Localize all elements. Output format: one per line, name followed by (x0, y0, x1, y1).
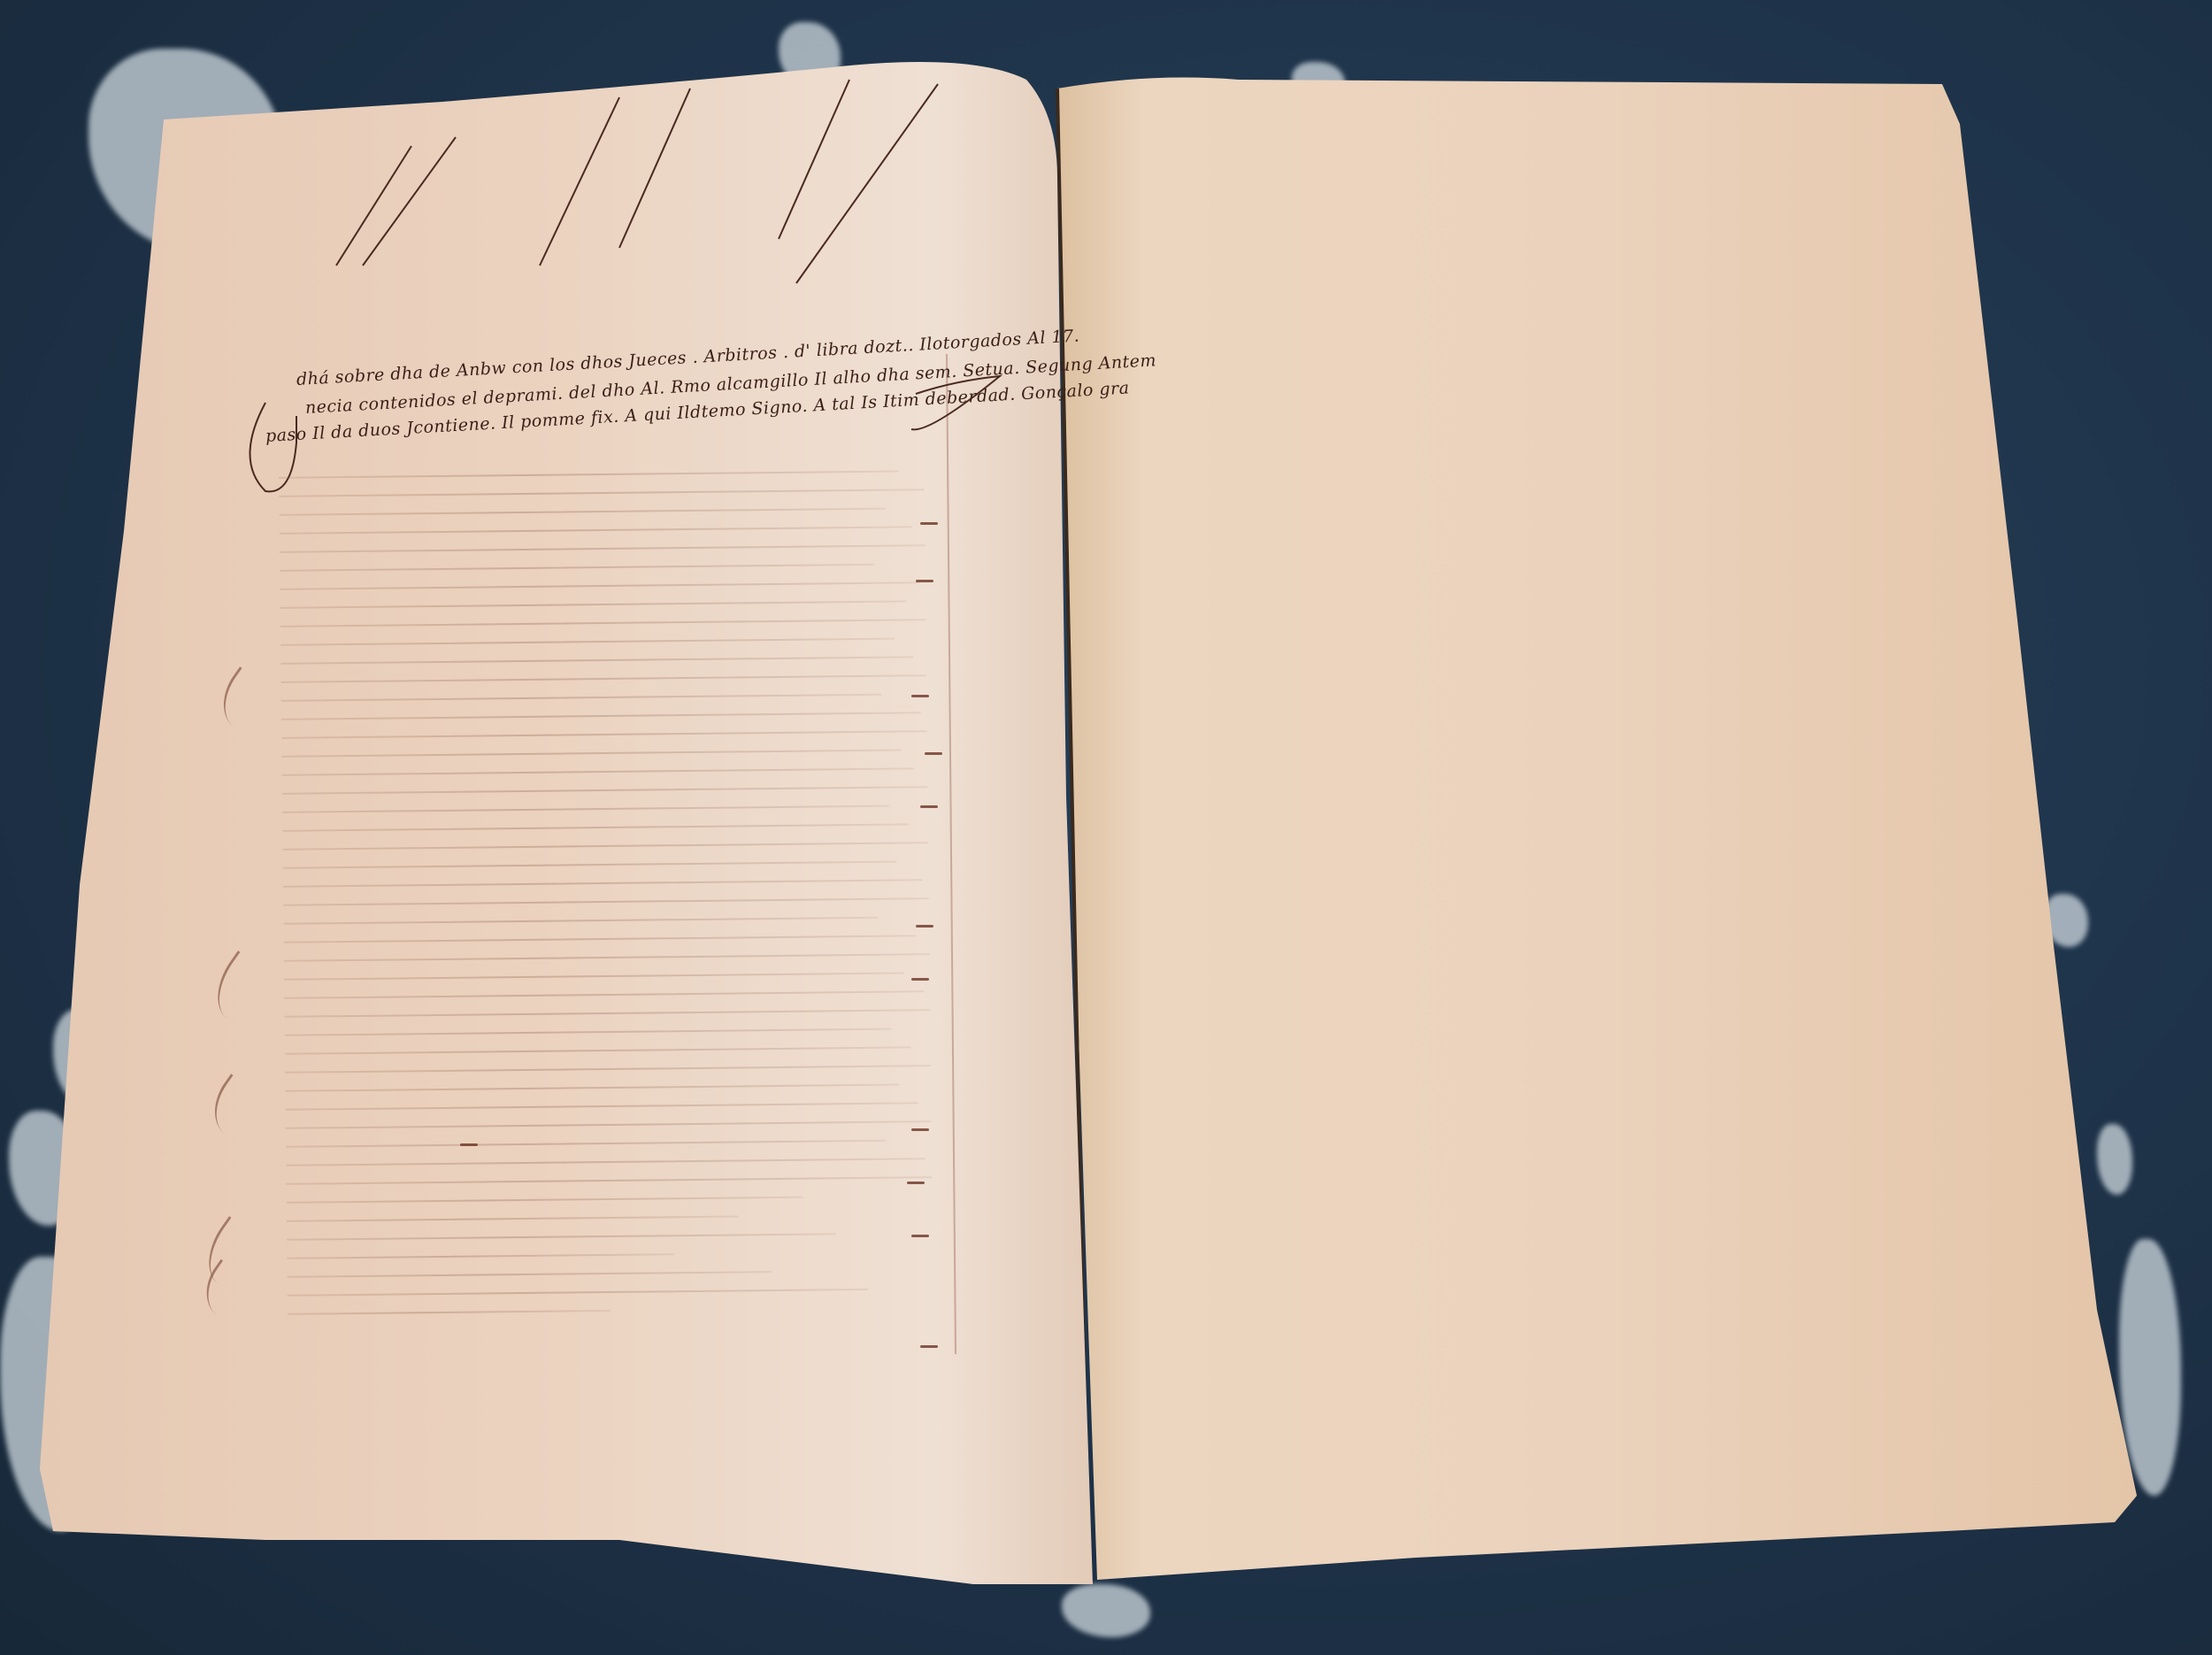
margin-mark (920, 805, 938, 808)
margin-mark (460, 1143, 478, 1146)
margin-mark (911, 1235, 929, 1237)
margin-mark (920, 522, 938, 525)
margin-mark (925, 752, 942, 755)
margin-mark (916, 925, 933, 928)
margin-mark (916, 580, 933, 582)
left-page: dhá sobre dha de Anbw con los dhos Juece… (0, 0, 2212, 1655)
margin-mark (911, 978, 929, 981)
margin-mark (920, 1345, 938, 1348)
margin-mark (911, 695, 929, 697)
faded-body-text (279, 470, 933, 1332)
margin-mark (907, 1182, 925, 1184)
margin-mark (911, 1128, 929, 1131)
